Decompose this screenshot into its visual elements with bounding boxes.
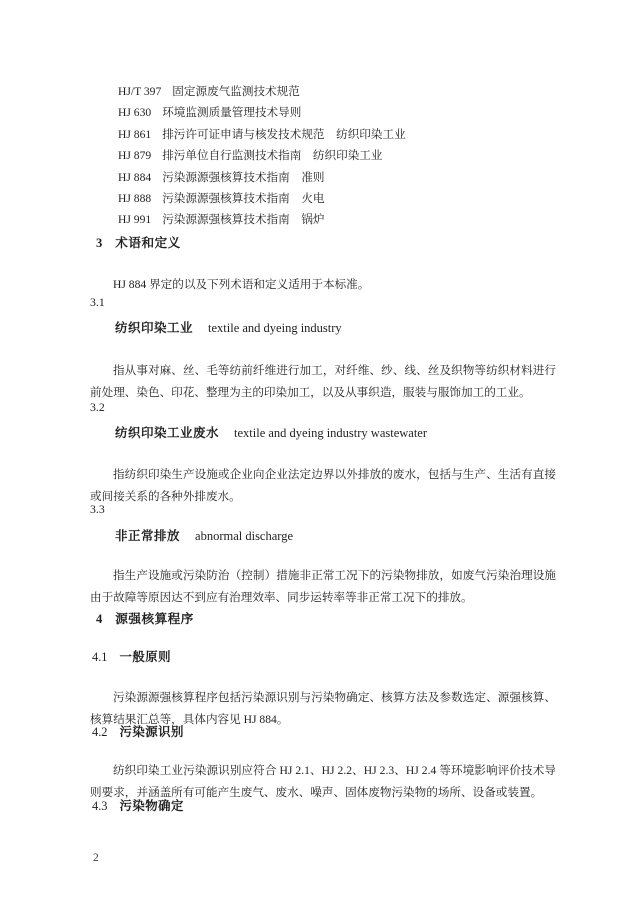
reference-item: HJ 630环境监测质量管理技术导则 xyxy=(118,102,406,123)
reference-code: HJ 861 xyxy=(118,128,151,141)
clause-3-1-number: 3.1 xyxy=(90,296,105,309)
references-list: HJ/T 397固定源废气监测技术规范 HJ 630环境监测质量管理技术导则 H… xyxy=(118,81,406,231)
reference-title: 污染源源强核算技术指南 锅炉 xyxy=(162,213,324,226)
reference-code: HJ 630 xyxy=(118,106,151,119)
term-3-1: 纺织印染工业textile and dyeing industry xyxy=(115,321,342,335)
section-title: 源强核算程序 xyxy=(115,612,194,626)
reference-item: HJ 879排污单位自行监测技术指南 纺织印染工业 xyxy=(118,145,406,166)
clause-number: 4.2 xyxy=(92,725,108,739)
term-zh-label: 纺织印染工业 xyxy=(115,321,193,335)
section-4-heading: 4源强核算程序 xyxy=(96,612,194,626)
section-number: 4 xyxy=(96,612,102,626)
term-en-label: textile and dyeing industry xyxy=(208,321,342,335)
reference-title: 固定源废气监测技术规范 xyxy=(172,85,300,98)
term-3-3: 非正常排放abnormal discharge xyxy=(115,529,293,543)
clause-3-2-number: 3.2 xyxy=(90,401,105,414)
term-3-3-definition: 指生产设施或污染防治（控制）措施非正常工况下的污染物排放，如废气污染治理设施由于… xyxy=(90,565,556,609)
reference-code: HJ 879 xyxy=(118,149,151,162)
term-3-1-definition: 指从事对麻、丝、毛等纺前纤维进行加工，对纤维、纱、线、丝及织物等纺织材料进行前处… xyxy=(90,360,556,404)
reference-code: HJ 991 xyxy=(118,213,151,226)
clause-4-3-heading: 4.3污染物确定 xyxy=(92,799,184,813)
document-page: HJ/T 397固定源废气监测技术规范 HJ 630环境监测质量管理技术导则 H… xyxy=(0,0,640,905)
clause-4-2-heading: 4.2污染源识别 xyxy=(92,725,184,739)
reference-item: HJ/T 397固定源废气监测技术规范 xyxy=(118,81,406,102)
reference-item: HJ 884污染源源强核算技术指南 准则 xyxy=(118,167,406,188)
clause-number: 4.3 xyxy=(92,799,108,813)
reference-code: HJ 884 xyxy=(118,171,151,184)
section-3-heading: 3术语和定义 xyxy=(96,236,181,250)
section-number: 3 xyxy=(96,236,102,250)
reference-item: HJ 861排污许可证申请与核发技术规范 纺织印染工业 xyxy=(118,124,406,145)
clause-4-1-heading: 4.1一般原则 xyxy=(92,650,171,664)
clause-title: 污染源识别 xyxy=(120,725,184,739)
reference-title: 排污许可证申请与核发技术规范 纺织印染工业 xyxy=(162,128,405,141)
reference-title: 环境监测质量管理技术导则 xyxy=(162,106,301,119)
clause-4-1-body: 污染源源强核算程序包括污染源识别与污染物确定、核算方法及参数选定、源强核算、核算… xyxy=(90,687,556,731)
reference-code: HJ 888 xyxy=(118,192,151,205)
term-zh-label: 纺织印染工业废水 xyxy=(115,426,219,440)
term-3-2-definition: 指纺织印染生产设施或企业向企业法定边界以外排放的废水，包括与生产、生活有直接或间… xyxy=(90,464,556,508)
reference-title: 污染源源强核算技术指南 准则 xyxy=(162,171,324,184)
clause-4-2-body: 纺织印染工业污染源识别应符合 HJ 2.1、HJ 2.2、HJ 2.3、HJ 2… xyxy=(90,760,556,804)
term-en-label: abnormal discharge xyxy=(195,529,293,543)
reference-item: HJ 888污染源源强核算技术指南 火电 xyxy=(118,188,406,209)
clause-number: 4.1 xyxy=(92,650,108,664)
clause-3-3-number: 3.3 xyxy=(90,503,105,516)
term-3-2: 纺织印染工业废水textile and dyeing industry wast… xyxy=(115,426,427,440)
clause-title: 污染物确定 xyxy=(120,799,184,813)
reference-code: HJ/T 397 xyxy=(118,85,161,98)
term-zh-label: 非正常排放 xyxy=(115,529,180,543)
reference-title: 污染源源强核算技术指南 火电 xyxy=(162,192,324,205)
term-en-label: textile and dyeing industry wastewater xyxy=(234,426,427,440)
clause-title: 一般原则 xyxy=(120,650,172,664)
section-title: 术语和定义 xyxy=(115,236,180,250)
reference-title: 排污单位自行监测技术指南 纺织印染工业 xyxy=(162,149,382,162)
page-number: 2 xyxy=(93,853,99,865)
reference-item: HJ 991污染源源强核算技术指南 锅炉 xyxy=(118,209,406,230)
section-3-intro: HJ 884 界定的以及下列术语和定义适用于本标准。 xyxy=(90,274,556,296)
